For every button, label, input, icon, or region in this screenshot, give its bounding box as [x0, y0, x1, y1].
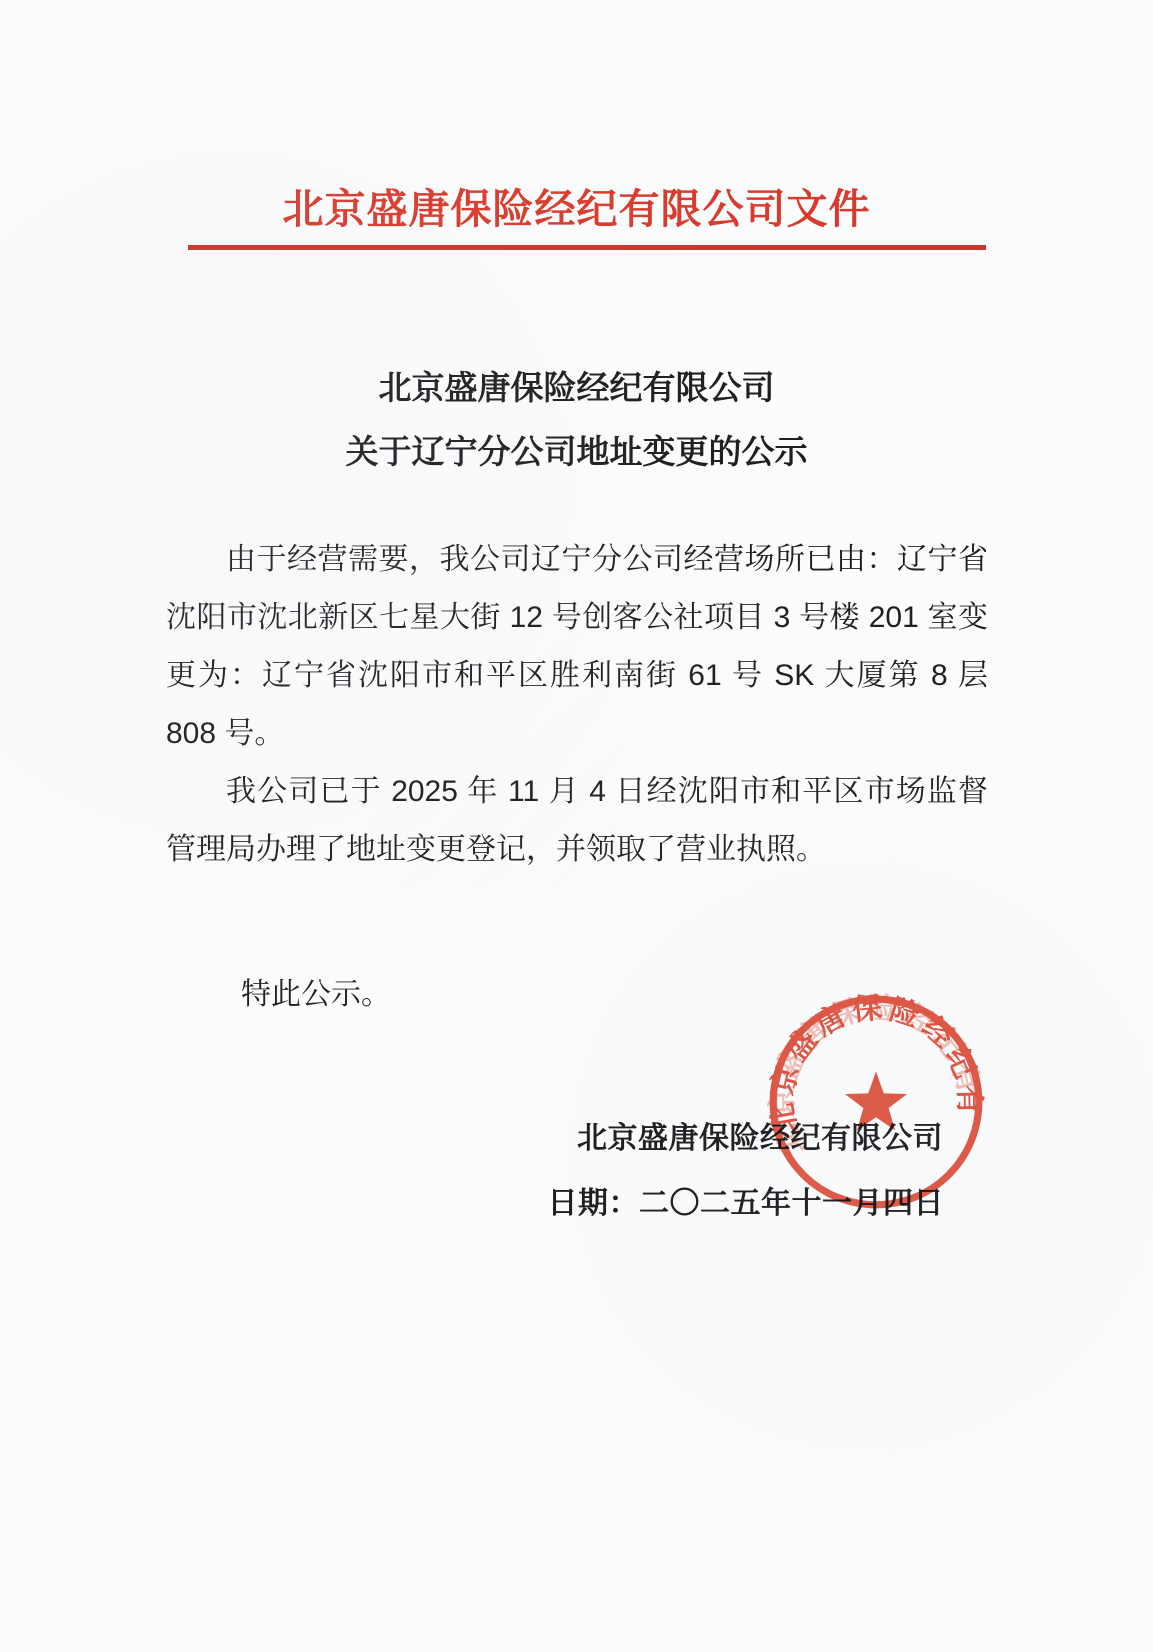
closing-statement: 特此公示。: [166, 969, 391, 1013]
seal-star-icon: [845, 1071, 907, 1130]
document-title-subject: 关于辽宁分公司地址变更的公示: [0, 426, 1153, 473]
letterhead-divider: [188, 245, 986, 250]
letterhead-title: 北京盛唐保险经纪有限公司文件: [0, 176, 1153, 235]
body-paragraph-1: 由于经营需要，我公司辽宁分公司经营场所已由：辽宁省沈阳市沈北新区七星大街 12 …: [166, 531, 988, 763]
body-paragraph-2: 我公司已于 2025 年 11 月 4 日经沈阳市和平区市场监督管理局办理了地址…: [166, 763, 988, 879]
document-title-company: 北京盛唐保险经纪有限公司: [0, 362, 1153, 409]
document-body: 由于经营需要，我公司辽宁分公司经营场所已由：辽宁省沈阳市沈北新区七星大街 12 …: [166, 531, 988, 879]
company-seal-stamp: 北京盛唐保险经纪有限公司 北京盛唐保险经纪有限公司: [764, 988, 988, 1216]
document-page: 北京盛唐保险经纪有限公司文件 北京盛唐保险经纪有限公司 关于辽宁分公司地址变更的…: [0, 0, 1153, 1652]
